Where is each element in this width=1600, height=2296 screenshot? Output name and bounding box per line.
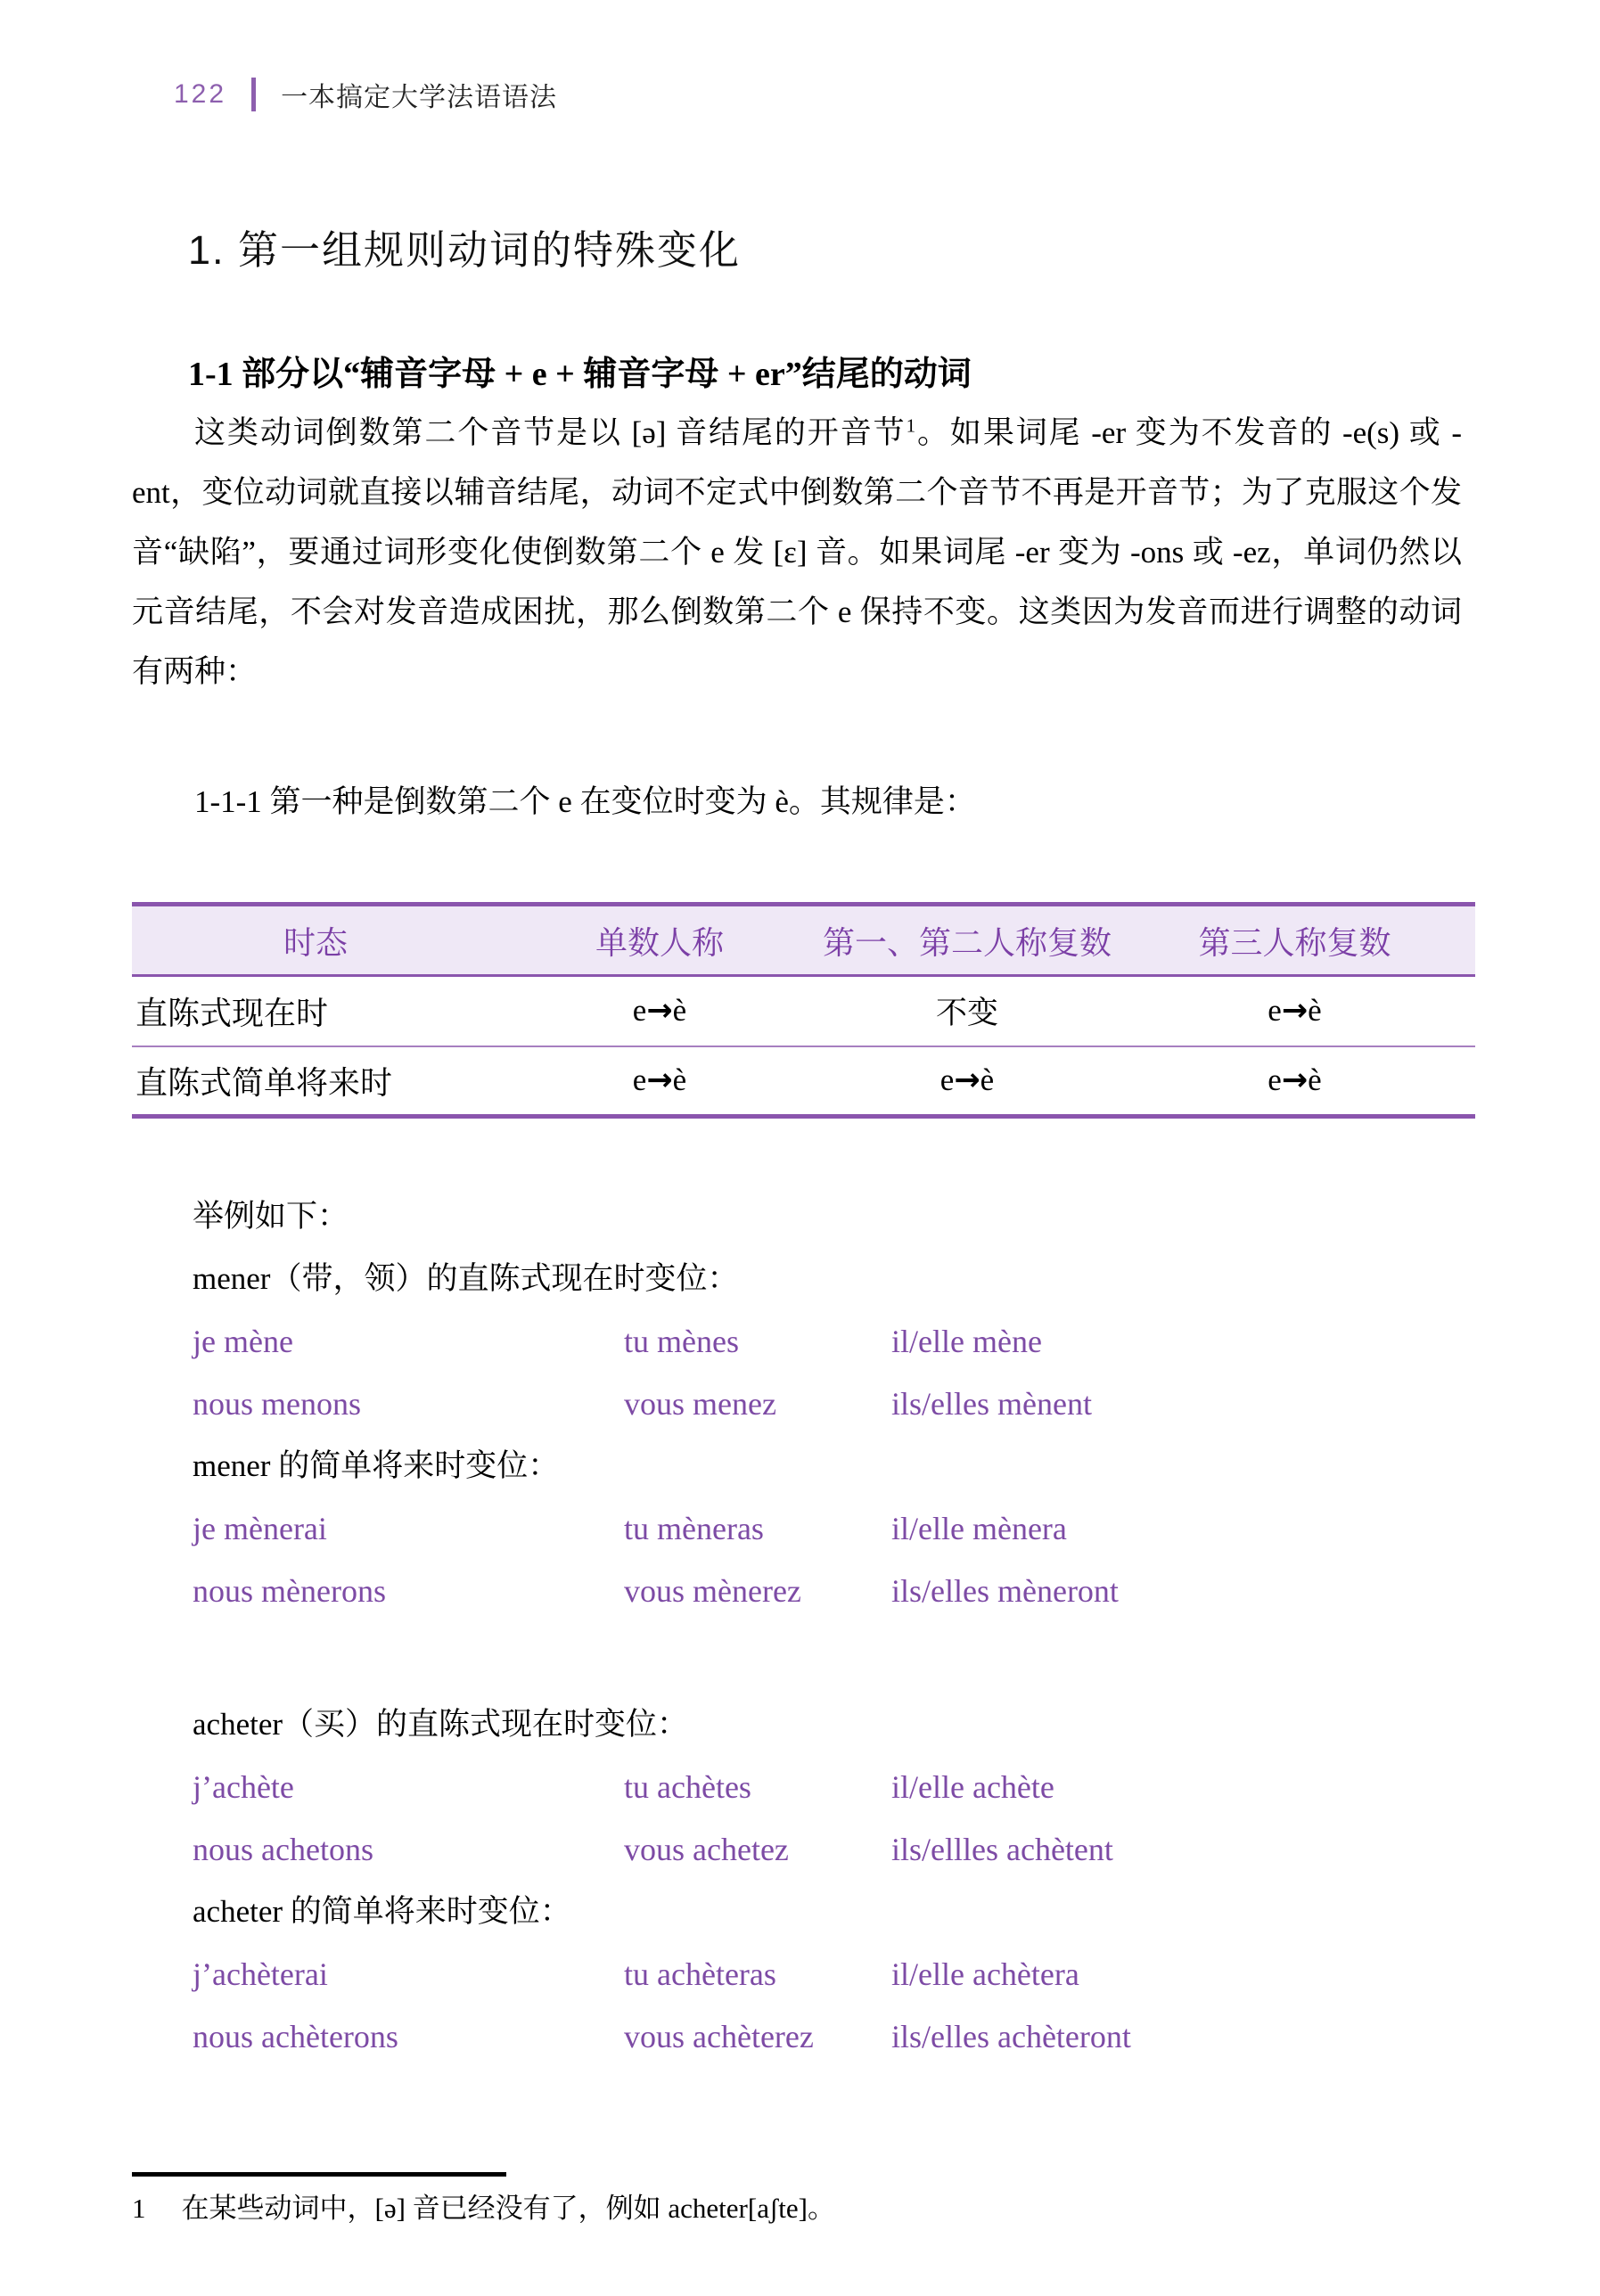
change-rule-cell: 不变 [820, 976, 1114, 1046]
conjugation-cell: nous achetons [193, 1818, 373, 1881]
conjugation-row: nous menonsvous menezils/elles mènent [132, 1373, 1469, 1435]
conjugation-row: nous achèteronsvous achèterezils/elles a… [132, 2005, 1469, 2068]
table-header-row: 时态单数人称第一、第二人称复数第三人称复数 [132, 905, 1475, 976]
examples-intro: 举例如下： [132, 1185, 1469, 1248]
conjugation-cell: il/elle mène [891, 1310, 1042, 1373]
page-number: 122 [174, 79, 226, 110]
conjugation-cell: il/elle achète [891, 1756, 1054, 1818]
conjugation-cell: vous achetez [624, 1818, 789, 1881]
conjugation-cell: ils/ellles achètent [891, 1818, 1113, 1881]
arrow-icon: → [1282, 1062, 1308, 1098]
conjugation-rule-table: 时态单数人称第一、第二人称复数第三人称复数 直陈式现在时e→è不变e→è直陈式简… [132, 902, 1475, 1119]
conjugation-cell: ils/elles mèneront [891, 1560, 1119, 1622]
conjugation-cell: vous achèterez [624, 2005, 814, 2068]
change-rule-cell: e→è [499, 1046, 820, 1117]
tense-label-cell: 直陈式现在时 [132, 976, 499, 1046]
examples-section: 举例如下： mener（带，领）的直陈式现在时变位：je mènetu mène… [132, 1185, 1469, 2068]
paragraph-text-part1: 这类动词倒数第二个音节是以 [ə] 音结尾的开音节 [194, 415, 907, 450]
book-page: 122 一本搞定大学法语语法 1. 第一组规则动词的特殊变化 1-1 部分以“辅… [0, 0, 1600, 2296]
arrow-icon: → [646, 993, 672, 1029]
paragraph-text-part2: 。如果词尾 -er 变为不发音的 -e(s) 或 -ent，变位动词就直接以辅音… [132, 415, 1462, 689]
intro-paragraph: 这类动词倒数第二个音节是以 [ə] 音结尾的开音节1。如果词尾 -er 变为不发… [132, 403, 1462, 701]
conjugation-cell: tu achètes [624, 1756, 751, 1818]
change-rule-cell: e→è [1114, 1046, 1475, 1117]
conjugation-row: j’achètetu achètesil/elle achète [132, 1756, 1469, 1818]
conjugation-cell: ils/elles mènent [891, 1373, 1092, 1435]
conjugation-cell: j’achèterai [193, 1943, 328, 2005]
change-rule-cell: e→è [1114, 976, 1475, 1046]
conjugation-cell: nous menons [193, 1373, 361, 1435]
conjugation-row: je mènetu mènesil/elle mène [132, 1310, 1469, 1373]
footnote-divider-rule [132, 2172, 506, 2177]
footnote: 1在某些动词中，[ə] 音已经没有了，例如 acheter[aʃte]。 [132, 2188, 1460, 2229]
subsection-heading: 1-1 部分以“辅音字母 + e + 辅音字母 + er”结尾的动词 [188, 346, 972, 395]
arrow-icon: → [1282, 993, 1308, 1029]
table-body: 直陈式现在时e→è不变e→è直陈式简单将来时e→èe→èe→è [132, 976, 1475, 1117]
conjugation-cell: je mènerai [193, 1497, 327, 1560]
book-title: 一本搞定大学法语语法 [281, 75, 557, 114]
arrow-icon: → [954, 1062, 980, 1098]
rule-statement: 1-1-1 第一种是倒数第二个 e 在变位时变为 è。其规律是： [194, 772, 976, 832]
conjugation-cell: nous mènerons [193, 1560, 386, 1622]
change-rule-cell: e→è [499, 976, 820, 1046]
conjugation-row: j’achèteraitu achèterasil/elle achètera [132, 1943, 1469, 2005]
table-row: 直陈式现在时e→è不变e→è [132, 976, 1475, 1046]
footnote-reference: 1 [907, 414, 916, 436]
header-divider-bar [251, 78, 256, 111]
conjugation-cell: il/elle achètera [891, 1943, 1079, 2005]
conjugation-row: nous mèneronsvous mènerezils/elles mèner… [132, 1560, 1469, 1622]
conjugation-row: je mèneraitu mènerasil/elle mènera [132, 1497, 1469, 1560]
example-label: mener 的简单将来时变位： [132, 1435, 1469, 1497]
conjugation-cell: tu mènes [624, 1310, 739, 1373]
conjugation-cell: ils/elles achèteront [891, 2005, 1131, 2068]
table-header-col-1: 单数人称 [499, 905, 820, 976]
conjugation-row: nous achetonsvous achetezils/ellles achè… [132, 1818, 1469, 1881]
conjugation-cell: tu mèneras [624, 1497, 764, 1560]
table-header-col-3: 第三人称复数 [1114, 905, 1475, 976]
tense-label-cell: 直陈式简单将来时 [132, 1046, 499, 1117]
example-label: mener（带，领）的直陈式现在时变位： [132, 1248, 1469, 1310]
conjugation-cell: vous menez [624, 1373, 776, 1435]
conjugation-cell: j’achète [193, 1756, 294, 1818]
table-head: 时态单数人称第一、第二人称复数第三人称复数 [132, 905, 1475, 976]
section-heading: 1. 第一组规则动词的特殊变化 [188, 217, 741, 275]
conjugation-cell: il/elle mènera [891, 1497, 1067, 1560]
footnote-number: 1 [132, 2188, 146, 2229]
conjugation-cell: je mène [193, 1310, 293, 1373]
arrow-icon: → [646, 1062, 672, 1098]
example-label: acheter 的简单将来时变位： [132, 1881, 1469, 1943]
change-rule-cell: e→è [820, 1046, 1114, 1117]
table-row: 直陈式简单将来时e→èe→èe→è [132, 1046, 1475, 1117]
conjugation-cell: nous achèterons [193, 2005, 398, 2068]
conjugation-cell: vous mènerez [624, 1560, 801, 1622]
conjugation-cell: tu achèteras [624, 1943, 776, 2005]
running-header: 122 一本搞定大学法语语法 [174, 75, 557, 114]
table-header-col-0: 时态 [132, 905, 499, 976]
table-header-col-2: 第一、第二人称复数 [820, 905, 1114, 976]
footnote-text: 在某些动词中，[ə] 音已经没有了，例如 acheter[aʃte]。 [182, 2193, 835, 2224]
example-label: acheter（买）的直陈式现在时变位： [132, 1693, 1469, 1756]
